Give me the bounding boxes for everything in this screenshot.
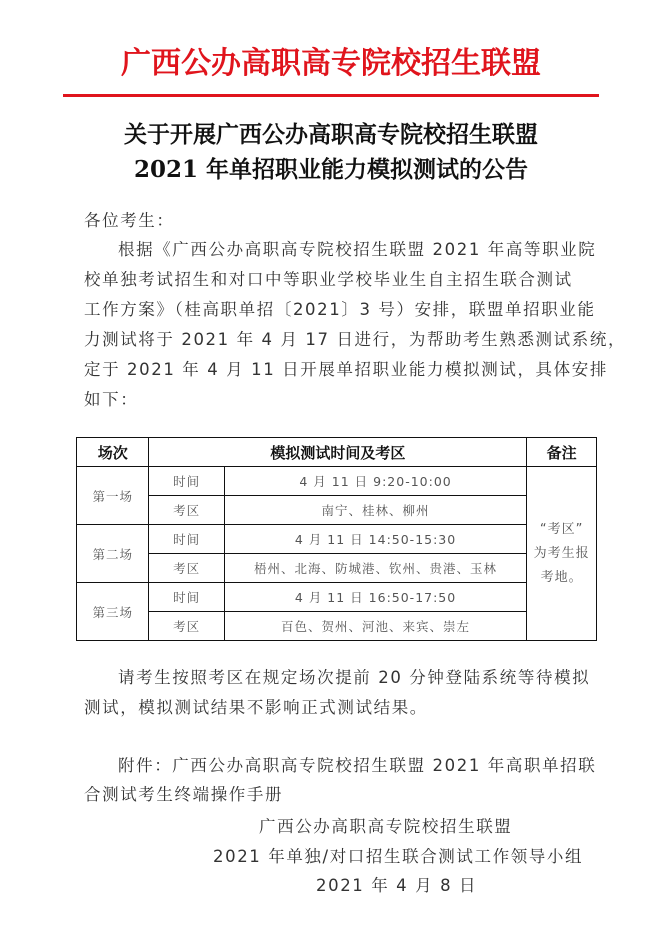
notice-line: 测试，模拟测试结果不影响正式测试结果。: [84, 694, 428, 718]
intro-line: 工作方案》（桂高职单招〔2021〕3 号）安排，联盟单招职业能: [84, 296, 596, 320]
time-label: 时间: [149, 467, 224, 496]
note-line: “考区”: [527, 518, 596, 542]
note-line: 考地。: [527, 566, 596, 590]
intro-line: 力测试将于 2021 年 4 月 17 日进行，为帮助考生熟悉测试系统，: [84, 326, 626, 350]
session-areas: 梧州、北海、防城港、钦州、贵港、玉林: [224, 554, 526, 583]
session-areas: 百色、贺州、河池、来宾、崇左: [224, 612, 526, 641]
attachment-line: 合测试考生终端操作手册: [84, 781, 283, 805]
session-name: 第一场: [77, 467, 149, 525]
time-label: 时间: [149, 583, 224, 612]
schedule-table: 场次 模拟测试时间及考区 备注 第一场 时间 4 月 11 日 9:20-10:…: [76, 437, 597, 641]
table-row: 考区 南宁、桂林、柳州: [77, 496, 597, 525]
table-row: 第二场 时间 4 月 11 日 14:50-15:30: [77, 525, 597, 554]
notice-title-line2: 2021 年单招职业能力模拟测试的公告: [0, 155, 662, 185]
session-time: 4 月 11 日 9:20-10:00: [224, 467, 526, 496]
salutation: 各位考生：: [84, 207, 175, 231]
table-row: 考区 梧州、北海、防城港、钦州、贵港、玉林: [77, 554, 597, 583]
intro-line: 根据《广西公办高职高专院校招生联盟 2021 年高等职业院: [118, 236, 596, 260]
session-name: 第三场: [77, 583, 149, 641]
signature-org: 广西公办高职高专院校招生联盟: [259, 813, 512, 837]
intro-line: 定于 2021 年 4 月 11 日开展单招职业能力模拟测试，具体安排: [84, 356, 608, 380]
red-divider: [63, 94, 599, 97]
session-name: 第二场: [77, 525, 149, 583]
area-label: 考区: [149, 612, 224, 641]
area-label: 考区: [149, 496, 224, 525]
intro-line: 如下：: [84, 386, 138, 410]
attachment-line: 附件：广西公办高职高专院校招生联盟 2021 年高职单招联: [118, 752, 596, 776]
org-header: 广西公办高职高专院校招生联盟: [0, 46, 662, 82]
header-session: 场次: [77, 438, 149, 467]
note-cell: “考区” 为考生报 考地。: [527, 467, 597, 641]
table-row: 考区 百色、贺州、河池、来宾、崇左: [77, 612, 597, 641]
signature-group: 2021 年单独/对口招生联合测试工作领导小组: [213, 843, 583, 867]
intro-line: 校单独考试招生和对口中等职业学校毕业生自主招生联合测试: [84, 266, 573, 290]
notice-title-line1: 关于开展广西公办高职高专院校招生联盟: [0, 120, 662, 150]
table-row: 第三场 时间 4 月 11 日 16:50-17:50: [77, 583, 597, 612]
table-header-row: 场次 模拟测试时间及考区 备注: [77, 438, 597, 467]
table-row: 第一场 时间 4 月 11 日 9:20-10:00 “考区” 为考生报 考地。: [77, 467, 597, 496]
area-label: 考区: [149, 554, 224, 583]
session-time: 4 月 11 日 16:50-17:50: [224, 583, 526, 612]
time-label: 时间: [149, 525, 224, 554]
header-time-area: 模拟测试时间及考区: [149, 438, 527, 467]
header-note: 备注: [527, 438, 597, 467]
note-line: 为考生报: [527, 542, 596, 566]
session-time: 4 月 11 日 14:50-15:30: [224, 525, 526, 554]
signature-date: 2021 年 4 月 8 日: [316, 872, 477, 896]
session-areas: 南宁、桂林、柳州: [224, 496, 526, 525]
notice-line: 请考生按照考区在规定场次提前 20 分钟登陆系统等待模拟: [118, 664, 590, 688]
